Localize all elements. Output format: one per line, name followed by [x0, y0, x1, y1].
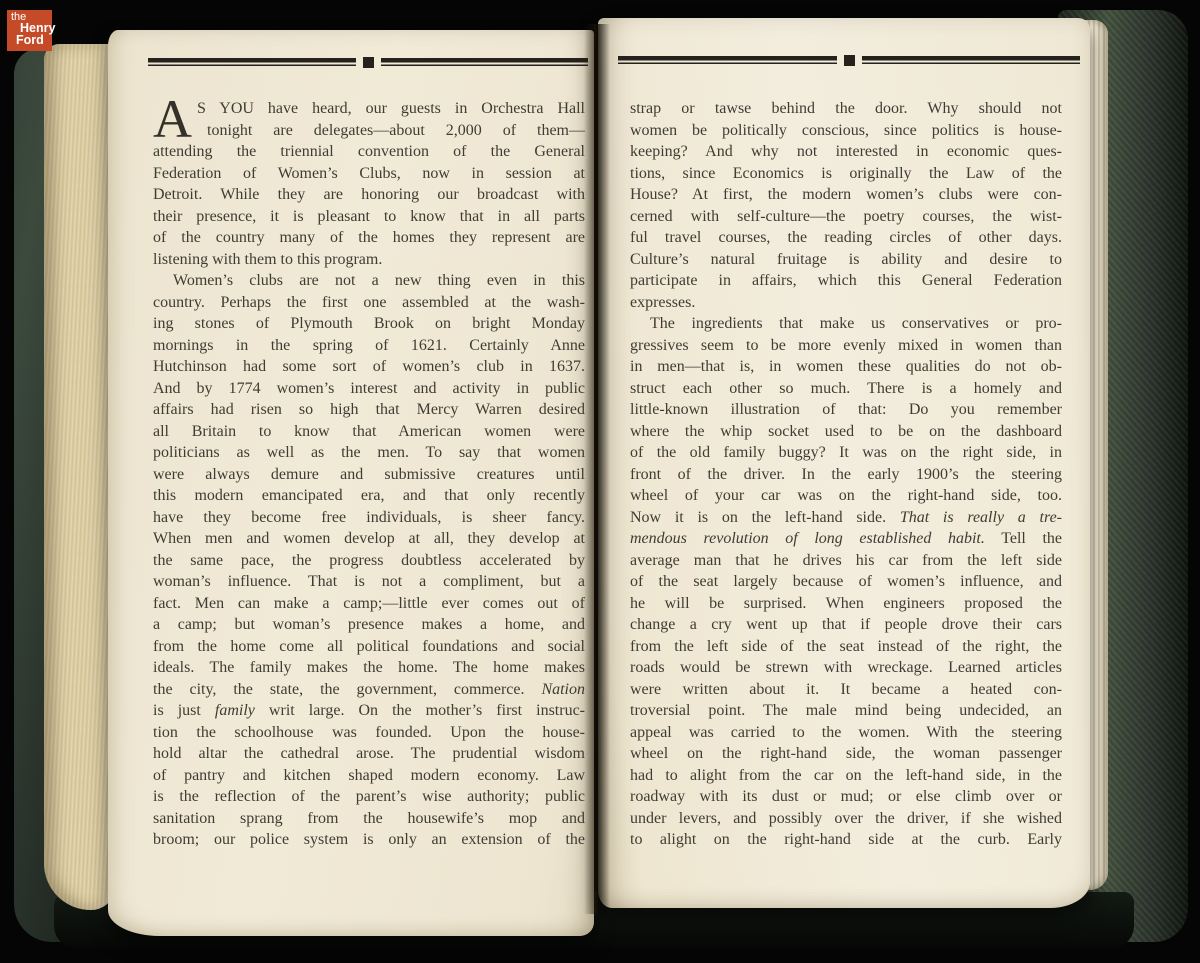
text-line: of pantry and kitchen shaped modern econ… — [153, 765, 585, 787]
text-line: women be politically conscious, since po… — [630, 120, 1062, 142]
text-line: Culture’s natural fruitage is ability an… — [630, 249, 1062, 271]
text-line: from the home come all political foundat… — [153, 636, 585, 658]
text-line: of the old family buggy? It was on the r… — [630, 442, 1062, 464]
text-line: wheel of your car was on the right-hand … — [630, 485, 1062, 507]
text-line: from the left side of the seat instead o… — [630, 636, 1062, 658]
rule-line — [862, 56, 1081, 64]
text-line: politicians as well as the men. To say t… — [153, 442, 585, 464]
text-line: is the reflection of the parent’s wise a… — [153, 786, 585, 808]
text-line: Federation of Women’s Clubs, now in sess… — [153, 163, 585, 185]
text-line: tion the schoolhouse was founded. Upon t… — [153, 722, 585, 744]
text-line: he will be surprised. When engineers pro… — [630, 593, 1062, 615]
text-line: Women’s clubs are not a new thing even i… — [153, 270, 585, 292]
text-line: their presence, it is pleasant to know t… — [153, 206, 585, 228]
text-line: country. Perhaps the first one assembled… — [153, 292, 585, 314]
text-line: average man that he drives his car from … — [630, 550, 1062, 572]
text-line: hold altar the cathedral arose. The prud… — [153, 743, 585, 765]
text-line: of the seat largely because of women’s i… — [630, 571, 1062, 593]
text-line: And by 1774 women’s interest and activit… — [153, 378, 585, 400]
header-rule-left — [148, 56, 588, 68]
text-line: keeping? And why not interested in econo… — [630, 141, 1062, 163]
left-page-text: A S YOU have heard, our guests in Orches… — [153, 98, 585, 851]
drop-cap: A — [153, 94, 199, 144]
text-line: Detroit. While they are honoring our bro… — [153, 184, 585, 206]
text-line: listening with them to this program. — [153, 249, 585, 271]
text-line: affairs had risen so high that Mercy War… — [153, 399, 585, 421]
henry-ford-logo: the Henry Ford — [7, 10, 52, 51]
text-line: broom; our police system is only an exte… — [153, 829, 585, 851]
text-line: cerned with self-culture—the poetry cour… — [630, 206, 1062, 228]
text-line: fact. Men can make a camp;—little ever c… — [153, 593, 585, 615]
text-line: participate in affairs, which this Gener… — [630, 270, 1062, 292]
text-line: expresses. — [630, 292, 1062, 314]
text-line: in men—that is, in women these qualities… — [630, 356, 1062, 378]
text-line: were always demure and submissive creatu… — [153, 464, 585, 486]
text-line: Hutchinson had some sort of women’s club… — [153, 356, 585, 378]
text-line: House? At first, the modern women’s club… — [630, 184, 1062, 206]
text-line: the same pace, the progress doubtless ac… — [153, 550, 585, 572]
text-line: front of the driver. In the early 1900’s… — [630, 464, 1062, 486]
page-edge-stack-left — [44, 44, 116, 910]
rule-square-ornament — [363, 57, 374, 68]
text-line: gressives seem to be more evenly mixed i… — [630, 335, 1062, 357]
text-line: is just family writ large. On the mother… — [153, 700, 585, 722]
rule-line — [381, 58, 589, 66]
text-line: were written about it. It became a heate… — [630, 679, 1062, 701]
text-line: a camp; but woman’s presence makes a hom… — [153, 614, 585, 636]
text-line: Now it is on the left-hand side. That is… — [630, 507, 1062, 529]
gutter-shadow — [584, 24, 610, 914]
text-line: the city, the state, the government, com… — [153, 679, 585, 701]
text-line: woman’s influence. That is not a complim… — [153, 571, 585, 593]
text-line: appeal was carried to the women. With th… — [630, 722, 1062, 744]
text-line: attending the triennial convention of th… — [153, 141, 585, 163]
text-line: wheel on the right-hand side, the woman … — [630, 743, 1062, 765]
text-line: troversial point. The male mind being un… — [630, 700, 1062, 722]
text-line: struct each other so much. There is a ho… — [630, 378, 1062, 400]
text-line: tonight are delegates—about 2,000 of the… — [153, 120, 585, 142]
text-line: change a cry went up that if people drov… — [630, 614, 1062, 636]
text-line: The ingredients that make us conservativ… — [630, 313, 1062, 335]
text-line: mornings in the spring of 1621. Certainl… — [153, 335, 585, 357]
text-line: under levers, and possibly over the driv… — [630, 808, 1062, 830]
text-line: S YOU have heard, our guests in Orchestr… — [153, 98, 585, 120]
text-line: have they become free individuals, is sh… — [153, 507, 585, 529]
text-line: mendous revolution of long established h… — [630, 528, 1062, 550]
text-line: roadway with its dust or mud; or else cl… — [630, 786, 1062, 808]
text-line: this modern emancipated era, and that on… — [153, 485, 585, 507]
text-line: tions, since Economics is originally the… — [630, 163, 1062, 185]
text-line: had to alight from the car on the left-h… — [630, 765, 1062, 787]
text-line: ful travel courses, the reading circles … — [630, 227, 1062, 249]
text-line: all Britain to know that American women … — [153, 421, 585, 443]
header-rule-right — [618, 54, 1080, 66]
text-line: strap or tawse behind the door. Why shou… — [630, 98, 1062, 120]
rule-line — [618, 56, 837, 64]
rule-square-ornament — [844, 55, 855, 66]
text-line: where the whip socket used to be on the … — [630, 421, 1062, 443]
text-line: sanitation sprang from the housewife’s m… — [153, 808, 585, 830]
text-line: ideals. The family makes the home. The h… — [153, 657, 585, 679]
text-line: ing stones of Plymouth Brook on bright M… — [153, 313, 585, 335]
text-line: When men and women develop at all, they … — [153, 528, 585, 550]
right-page-text: strap or tawse behind the door. Why shou… — [630, 98, 1062, 851]
rule-line — [148, 58, 356, 66]
logo-ford: Ford — [16, 33, 44, 47]
left-page: A S YOU have heard, our guests in Orches… — [108, 30, 594, 936]
text-line: of the country many of the homes they re… — [153, 227, 585, 249]
text-line: roads would be strewn with wreckage. Lea… — [630, 657, 1062, 679]
text-line: little-known illustration of that: Do yo… — [630, 399, 1062, 421]
text-line: to alight on the right-hand side at the … — [630, 829, 1062, 851]
right-page: strap or tawse behind the door. Why shou… — [598, 18, 1090, 908]
